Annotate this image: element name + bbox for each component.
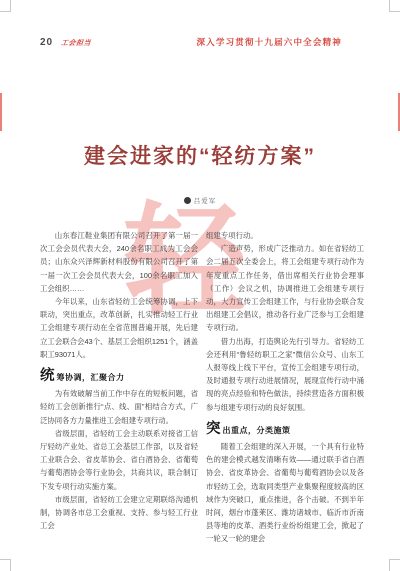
- section-heading-text: 筹协调，汇聚合力: [57, 373, 125, 382]
- article-column-right: 组建专项行动。广造声势，形成广泛推动力。如在省轻纺工会二届五次全委会上，将工会组…: [206, 229, 364, 546]
- paragraph: 市级层面，省轻纺工会建立定期联络沟通机制，协调各市总工会重视、支持、参与轻工行业…: [40, 493, 198, 533]
- paragraph: 山东春江鞋业集团有限公司召开了第一届一次工会会员代表大会，240余名职工成为工会…: [40, 229, 198, 295]
- section-heading: 统筹协调，汇聚合力: [40, 370, 198, 384]
- magazine-page: 20 工会担当 深入学习贯彻十九届六中全会精神 轻 建会进家的“轻纺方案” 吕爱…: [0, 0, 400, 571]
- crop-mark-bottom-right: [389, 559, 400, 571]
- section-heading-text: 出重点，分类施策: [223, 426, 291, 435]
- paragraph: 随着工会组建的深入开展，一个具有行业特色的建会模式越发清晰有效——通过联手省白酒…: [206, 440, 364, 546]
- section-heading-dropcap: 统: [40, 368, 55, 384]
- paragraph: 广造声势，形成广泛推动力。如在省轻纺工会二届五次全委会上，将工会组建专项行动作为…: [206, 242, 364, 334]
- byline: 吕爱军: [0, 196, 400, 205]
- page-number: 20: [40, 37, 53, 48]
- paragraph: 今年以来，山东省轻纺工会统筹协调，上下联动，突出重点，改革创新，扎实推动轻工行业…: [40, 295, 198, 361]
- crop-mark-top-right: [389, 0, 400, 12]
- bleed-mark-left: [0, 93, 2, 131]
- author-icon: [184, 197, 191, 204]
- article-column-left: 山东春江鞋业集团有限公司召开了第一届一次工会会员代表大会，240余名职工成为工会…: [40, 229, 198, 532]
- paragraph: 省级层面，省轻纺工会主动联系对接省工信厅轻纺产业处、省总工会基层工作部，以及省轻…: [40, 427, 198, 493]
- section-heading: 突出重点，分类施策: [206, 423, 364, 437]
- paragraph: 借力出海，打造舆论先行引导力。省轻纺工会还利用“鲁轻纺职工之家”微信公众号、山东…: [206, 335, 364, 414]
- author-name: 吕爱军: [194, 196, 217, 205]
- page-header: 20 工会担当 深入学习贯彻十九届六中全会精神: [40, 36, 342, 48]
- paragraph: 为有效破解当前工作中存在的短板问题，省轻纺工会创新推行“点、线、面”相结合方式，…: [40, 387, 198, 427]
- crop-mark-bottom-left: [0, 559, 11, 571]
- header-slogan: 深入学习贯彻十九届六中全会精神: [196, 36, 342, 48]
- crop-mark-top-left: [0, 0, 11, 12]
- magazine-logo: 工会担当: [61, 38, 92, 48]
- section-heading-dropcap: 突: [206, 421, 221, 437]
- article-title: 建会进家的“轻纺方案”: [0, 140, 400, 170]
- paragraph: 组建专项行动。: [206, 229, 364, 242]
